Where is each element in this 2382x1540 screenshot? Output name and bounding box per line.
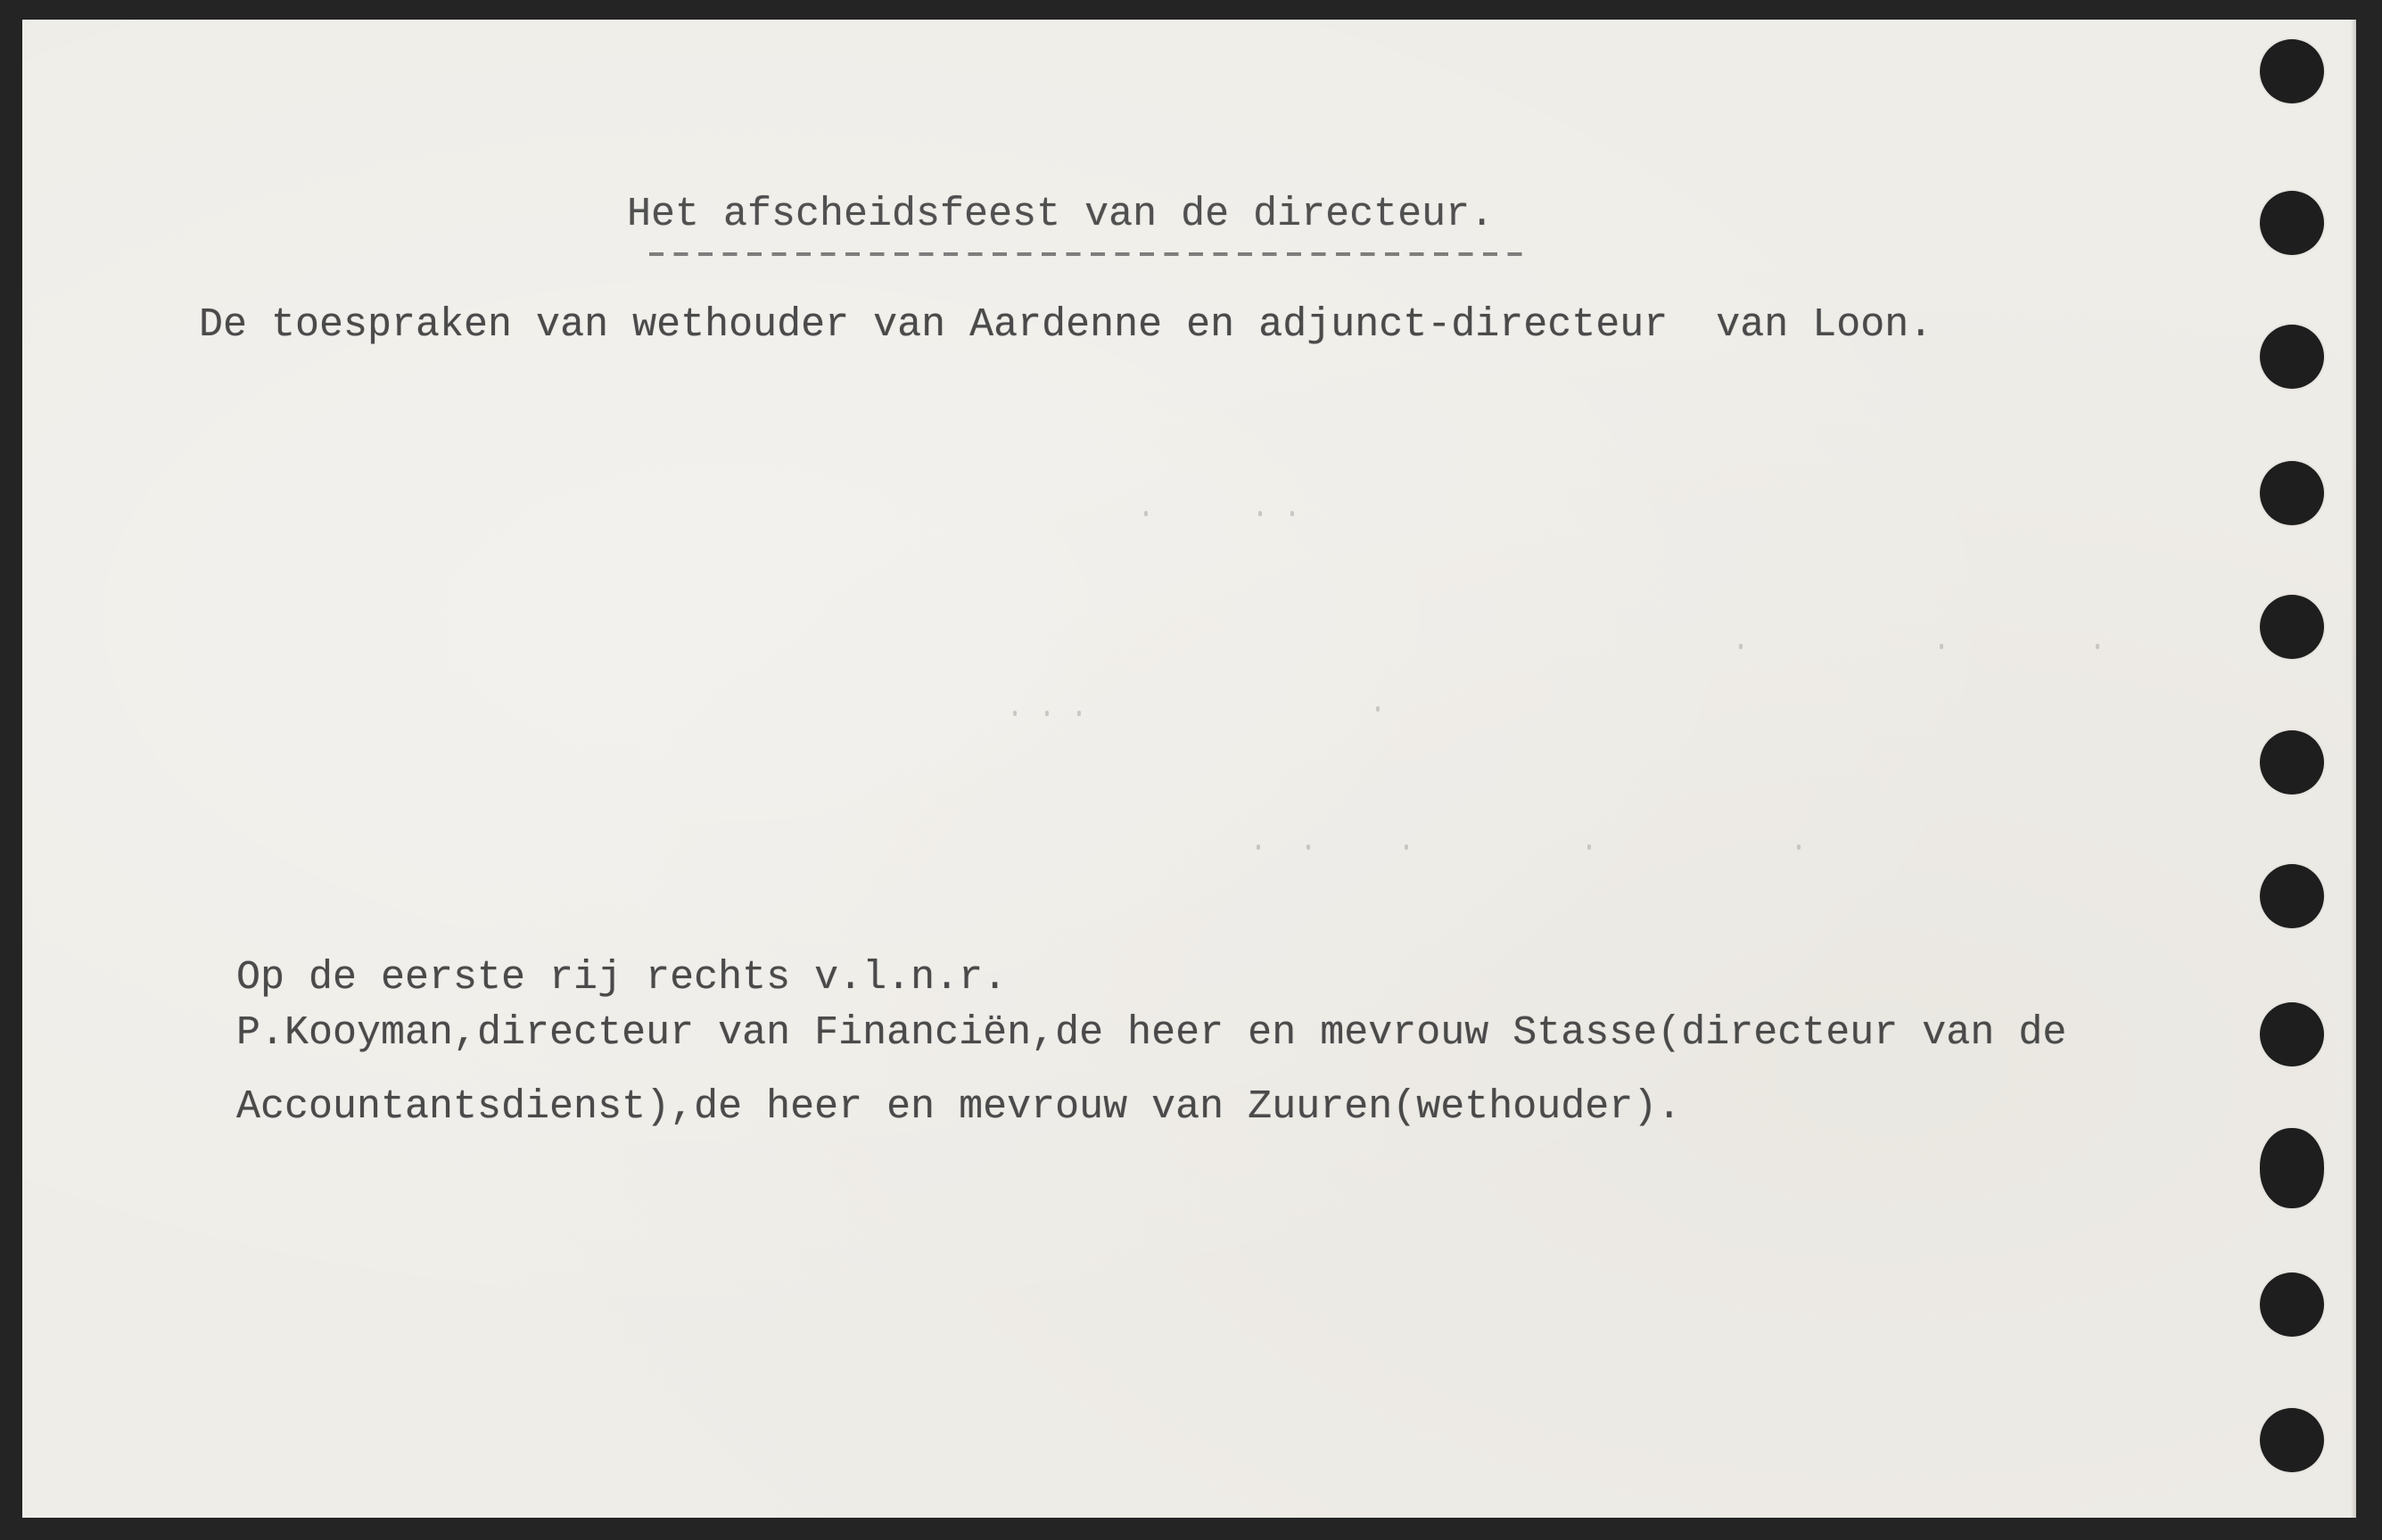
caption-line-2: P.Kooyman,directeur van Financiën,de hee… — [236, 1013, 2066, 1053]
paper-speck — [1405, 844, 1408, 850]
document-title: Het afscheidsfeest van de directeur. — [627, 194, 1494, 235]
caption-line-1: Op de eerste rij rechts v.l.n.r. — [236, 958, 1007, 998]
paper-speck — [1045, 711, 1049, 716]
paper-speck — [1587, 844, 1591, 850]
paper-speck — [1257, 844, 1260, 850]
paper-speck — [1144, 511, 1148, 516]
paper-speck — [1077, 711, 1081, 716]
paper-speck — [1306, 844, 1310, 850]
document-subtitle: De toespraken van wethouder van Aardenne… — [199, 305, 1933, 345]
paper-speck — [1940, 644, 1943, 649]
caption-line-3: Accountantsdienst),de heer en mevrouw va… — [236, 1087, 1681, 1127]
paper-speck — [1739, 644, 1743, 649]
paper-speck — [2096, 644, 2099, 649]
paper-speck — [1013, 711, 1017, 716]
paper-speck — [1797, 844, 1801, 850]
paper-sheet — [22, 20, 2356, 1518]
paper-edge-shadow — [2351, 20, 2356, 1518]
title-underline — [649, 252, 1532, 256]
paper-speck — [1258, 511, 1262, 516]
paper-speck — [1290, 511, 1294, 516]
paper-speck — [1376, 706, 1380, 712]
